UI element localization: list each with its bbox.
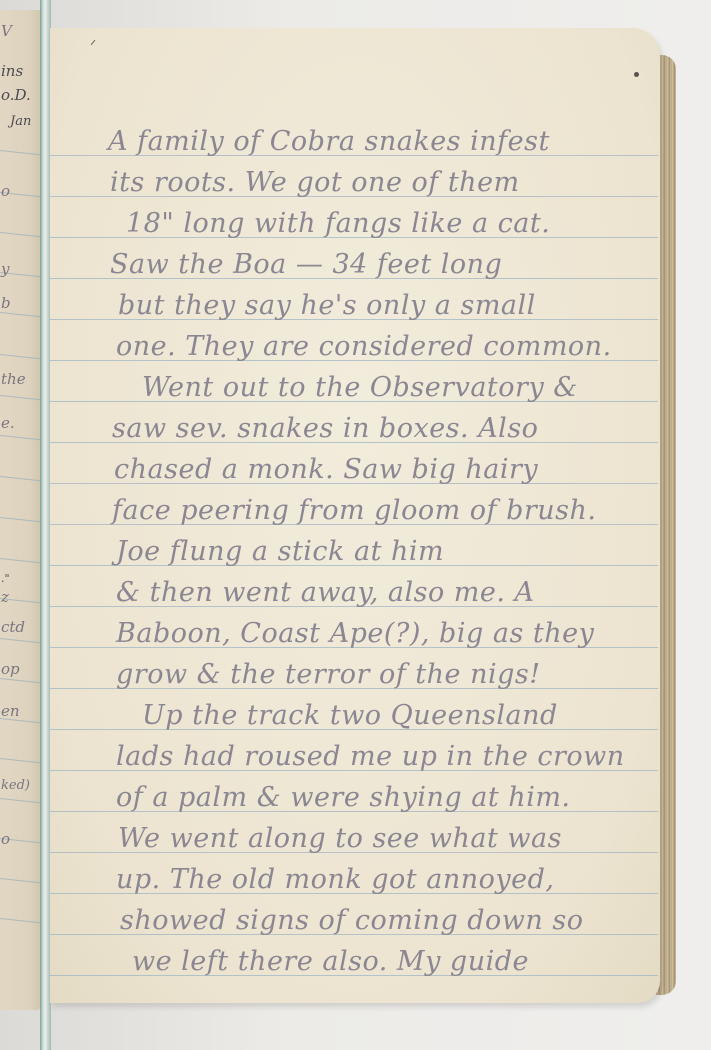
handwritten-line: lads had roused me up in the crown bbox=[116, 741, 625, 772]
handwritten-line: grow & the terror of the nigs! bbox=[116, 659, 541, 690]
handwritten-line: up. The old monk got annoyed, bbox=[116, 864, 554, 895]
ruled-line bbox=[0, 517, 42, 522]
handwritten-line: We went along to see what was bbox=[118, 823, 562, 854]
handwritten-line: Went out to the Observatory & bbox=[142, 372, 578, 403]
ruled-line bbox=[0, 150, 42, 155]
ruled-line bbox=[0, 395, 42, 400]
left-fragment: ins bbox=[1, 62, 23, 80]
left-fragment: op bbox=[1, 660, 20, 678]
handwritten-line: showed signs of coming down so bbox=[120, 905, 584, 936]
handwritten-line: A family of Cobra snakes infest bbox=[108, 126, 550, 157]
left-fragment: y bbox=[1, 260, 9, 278]
left-fragment: ked) bbox=[1, 778, 30, 793]
handwritten-line: one. They are considered common. bbox=[116, 331, 612, 362]
left-fragment: the bbox=[1, 370, 26, 388]
left-page: V ins o.D. Jan o y b the e. ." z ctd op … bbox=[0, 10, 42, 1010]
ruled-line bbox=[0, 758, 42, 763]
left-fragment: Jan bbox=[10, 114, 31, 129]
ruled-line bbox=[0, 558, 42, 563]
pin-hole bbox=[634, 72, 639, 77]
handwritten-line: Saw the Boa — 34 feet long bbox=[110, 249, 502, 280]
handwritten-line: face peering from gloom of brush. bbox=[112, 495, 597, 526]
handwritten-line: 18" long with fangs like a cat. bbox=[126, 208, 550, 239]
left-fragment: ctd bbox=[1, 618, 25, 636]
ruled-line bbox=[0, 638, 42, 643]
left-fragment: e. bbox=[1, 414, 15, 432]
left-fragment: b bbox=[1, 294, 11, 312]
ruled-line bbox=[0, 918, 42, 923]
right-page: A family of Cobra snakes infest its root… bbox=[50, 28, 660, 1003]
ruled-line bbox=[0, 354, 42, 359]
handwritten-line: Up the track two Queensland bbox=[142, 700, 558, 731]
ruled-line bbox=[0, 435, 42, 440]
handwritten-line: chased a monk. Saw big hairy bbox=[114, 454, 538, 485]
ruled-line bbox=[0, 878, 42, 883]
left-fragment: z bbox=[1, 588, 9, 606]
ruled-line bbox=[0, 312, 42, 317]
left-fragment: o.D. bbox=[1, 86, 31, 104]
ruled-line bbox=[0, 232, 42, 237]
handwritten-line: & then went away, also me. A bbox=[116, 577, 535, 608]
left-fragment: V bbox=[1, 22, 12, 40]
ruled-line bbox=[0, 476, 42, 481]
pencil-mark bbox=[91, 40, 96, 45]
left-fragment: o bbox=[1, 182, 10, 200]
handwritten-line: its roots. We got one of them bbox=[110, 167, 520, 198]
left-fragment: ." bbox=[1, 572, 10, 585]
handwritten-line: but they say he's only a small bbox=[118, 290, 536, 321]
handwritten-line: of a palm & were shying at him. bbox=[116, 782, 571, 813]
handwritten-line: we left there also. My guide bbox=[132, 946, 529, 977]
ruled-line bbox=[0, 678, 42, 683]
handwritten-line: saw sev. snakes in boxes. Also bbox=[112, 413, 538, 444]
left-fragment: o bbox=[1, 830, 10, 848]
ruled-line bbox=[0, 798, 42, 803]
left-fragment: en bbox=[1, 702, 20, 720]
handwritten-line: Baboon, Coast Ape(?), big as they bbox=[116, 618, 594, 649]
handwritten-line: Joe flung a stick at him bbox=[116, 536, 444, 567]
